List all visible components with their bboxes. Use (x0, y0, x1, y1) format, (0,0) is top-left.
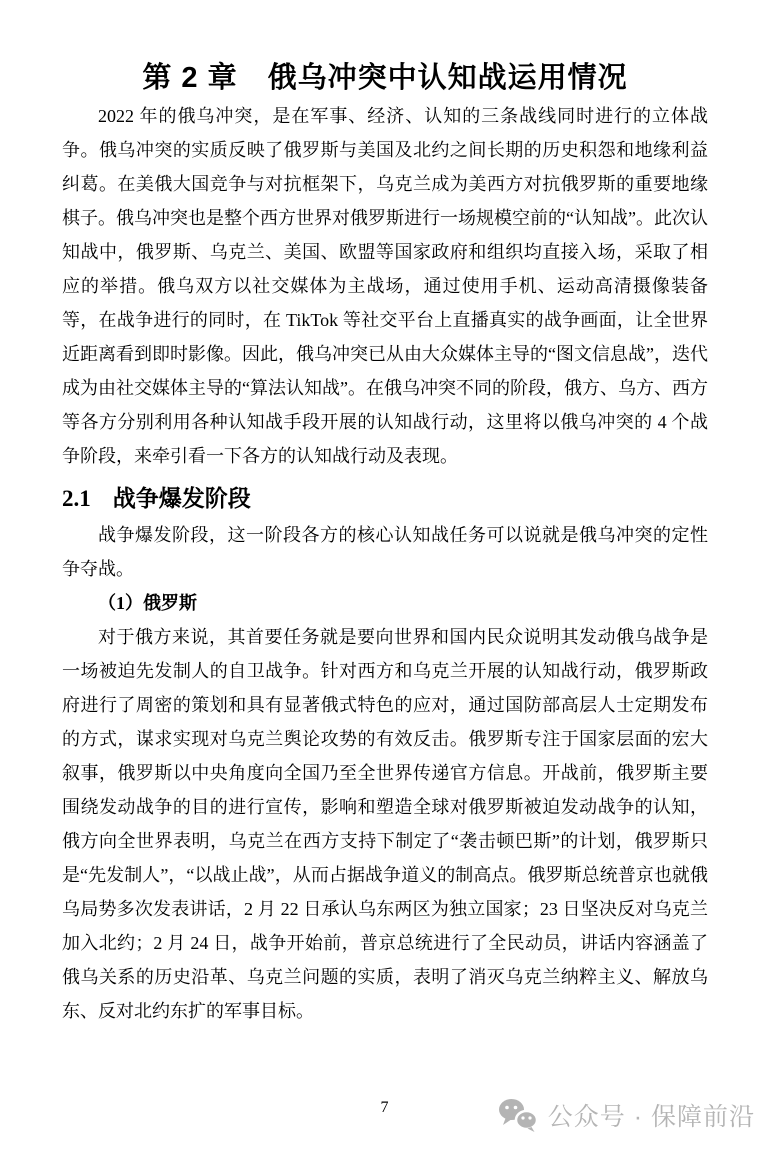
section-heading: 2.1战争爆发阶段 (62, 479, 708, 518)
section-lead-paragraph: 战争爆发阶段，这一阶段各方的核心认知战任务可以说就是俄乌冲突的定性争夺战。 (62, 518, 708, 586)
section-number: 2.1 (62, 486, 91, 511)
page-content: 第 2 章 俄乌冲突中认知战运用情况 2022 年的俄乌冲突，是在军事、经济、认… (62, 0, 708, 1028)
subsection-heading: （1）俄罗斯 (62, 586, 708, 620)
page-footer: 7 公众号 · 保障前沿 (0, 1093, 769, 1143)
subsection-body-paragraph: 对于俄方来说，其首要任务就是要向世界和国内民众说明其发动俄乌战争是一场被迫先发制… (62, 620, 708, 1028)
section-title: 战争爆发阶段 (113, 485, 251, 511)
watermark: 公众号 · 保障前沿 (498, 1097, 755, 1133)
intro-paragraph: 2022 年的俄乌冲突，是在军事、经济、认知的三条战线同时进行的立体战争。俄乌冲… (62, 99, 708, 473)
chapter-title: 第 2 章 俄乌冲突中认知战运用情况 (62, 57, 708, 99)
watermark-text: 公众号 · 保障前沿 (548, 1097, 755, 1133)
document-page: 第 2 章 俄乌冲突中认知战运用情况 2022 年的俄乌冲突，是在军事、经济、认… (0, 0, 769, 1149)
wechat-icon (498, 1098, 538, 1133)
